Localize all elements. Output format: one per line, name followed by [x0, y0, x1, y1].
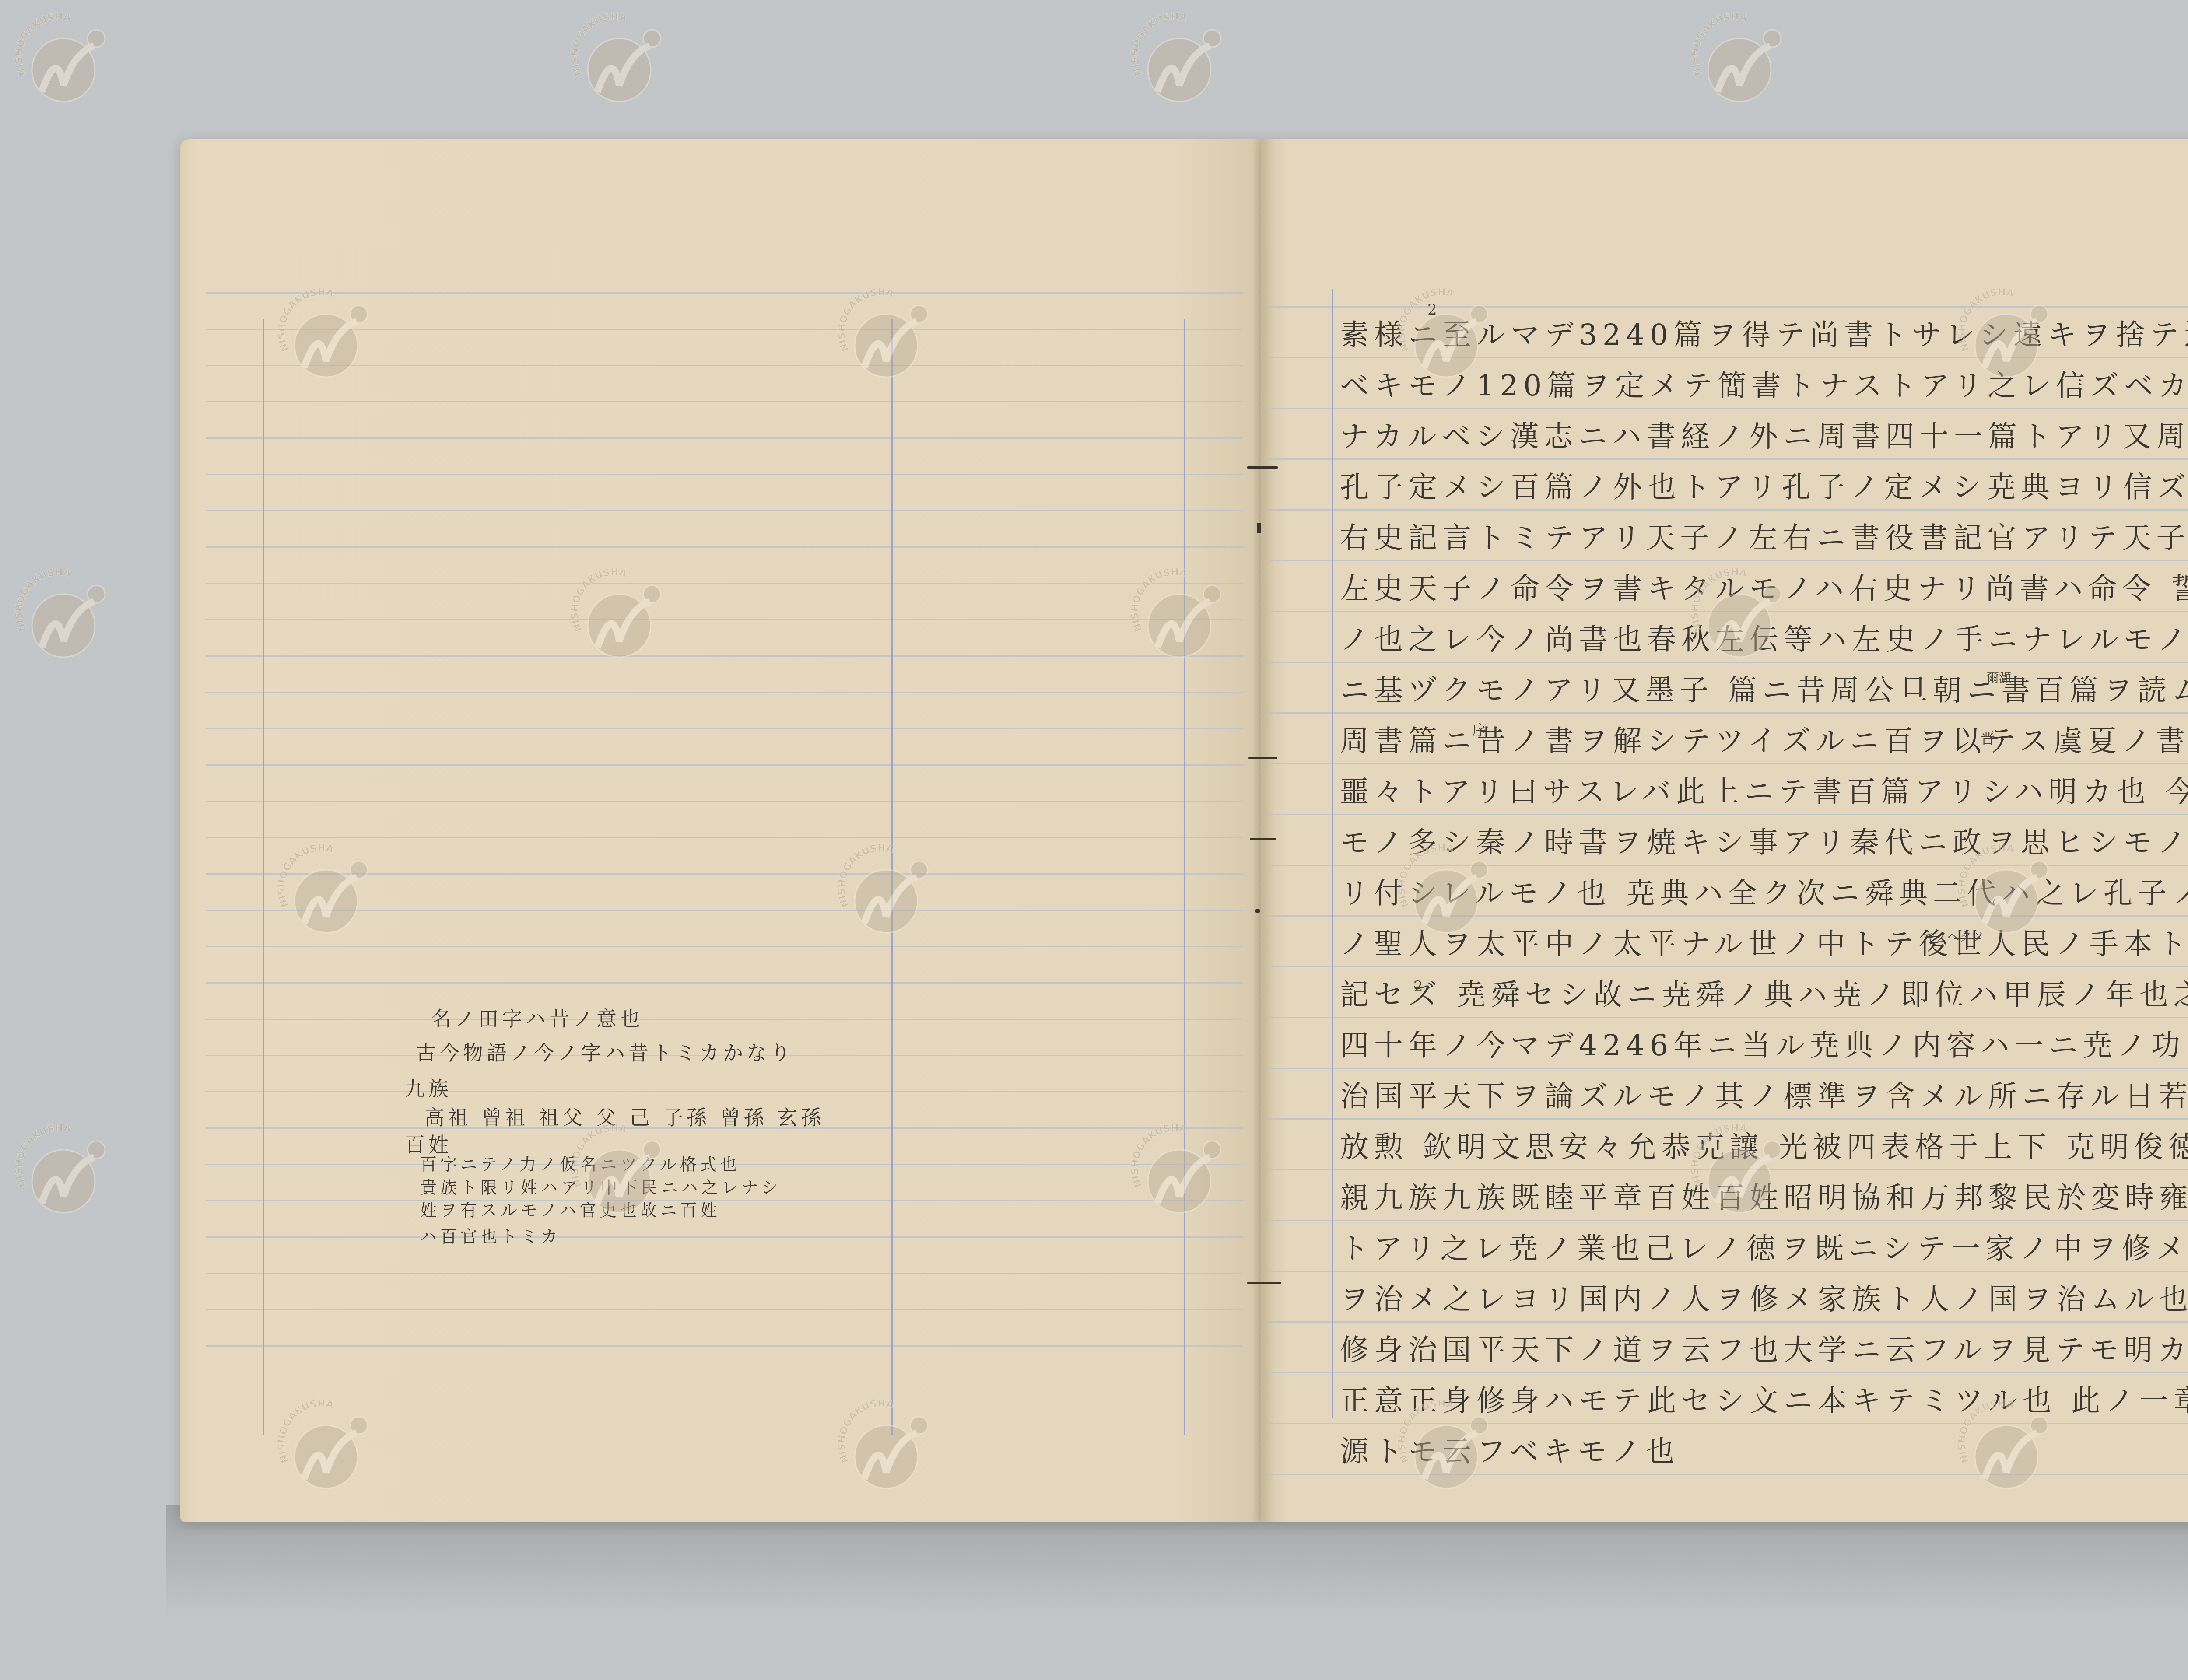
- nishogakusha-watermark-icon: NISHOGAKUSHA: [565, 9, 670, 114]
- ruled-line: [206, 510, 1243, 511]
- ruled-line: [206, 801, 1243, 802]
- nishogakusha-watermark-icon: NISHOGAKUSHA: [831, 840, 936, 945]
- handwritten-line: 古今物語ノ今ノ字ハ昔トミカかなり: [416, 1037, 794, 1066]
- ruled-line: [206, 401, 1243, 402]
- handwritten-line: ハ百官也トミカ: [420, 1223, 561, 1247]
- nishogakusha-watermark-icon: NISHOGAKUSHA: [1685, 1120, 1790, 1225]
- ruled-line: [1269, 712, 2188, 714]
- nishogakusha-watermark-icon: NISHOGAKUSHA: [271, 840, 376, 945]
- ruled-line: [1269, 1118, 2188, 1120]
- ruled-line: [1269, 509, 2188, 511]
- ruled-line: [206, 583, 1243, 584]
- ruled-line: [1269, 1067, 2188, 1069]
- margin-mark: [1247, 466, 1278, 469]
- nishogakusha-watermark-icon: NISHOGAKUSHA: [831, 1396, 936, 1501]
- ruled-line: [206, 1236, 1243, 1238]
- handwritten-line: 源トモ云フベキモノ也: [1340, 1428, 1680, 1470]
- handwritten-line: トアリ之レ尭ノ業也己レノ徳ヲ既ニシテ一家ノ中ヲ修メ今ノ家族制度也之レヨリ官人: [1340, 1225, 2188, 1267]
- nishogakusha-watermark-icon: NISHOGAKUSHA: [1952, 840, 2057, 945]
- handwritten-line: ニ基ヅクモノアリ又墨子 篇ニ昔周公旦朝ニ書百篇ヲ読ムトアリ又孫子方言ノ: [1340, 667, 2188, 708]
- nishogakusha-watermark-icon: NISHOGAKUSHA: [831, 284, 936, 389]
- nishogakusha-watermark-icon: NISHOGAKUSHA: [9, 1120, 114, 1225]
- ruled-line: [206, 1200, 1243, 1201]
- ruled-line: [206, 546, 1243, 548]
- margin-mark: [1255, 909, 1260, 913]
- ruled-line: [206, 728, 1243, 729]
- book-gutter: [1252, 139, 1274, 1522]
- handwritten-line: ヲ治メ之レヨリ国内ノ人ヲ修メ家族ト人ノ国ヲ治ムル也 之レ後世ノ学者ノ誉リ: [1340, 1276, 2188, 1317]
- margin-mark: [1250, 838, 1276, 840]
- ruled-line: [206, 1345, 1243, 1347]
- interlinear-note: 爾灝: [1987, 668, 2011, 686]
- nishogakusha-watermark-icon: NISHOGAKUSHA: [9, 564, 114, 669]
- nishogakusha-watermark-icon: NISHOGAKUSHA: [1952, 1396, 2057, 1501]
- ruled-line: [206, 1273, 1243, 1274]
- nishogakusha-watermark-icon: NISHOGAKUSHA: [1125, 1120, 1230, 1225]
- ruled-line: [206, 764, 1243, 766]
- nishogakusha-watermark-icon: NISHOGAKUSHA: [1392, 840, 1497, 945]
- handwritten-line: 名ノ田字ハ昔ノ意也: [431, 1003, 644, 1032]
- left-page-margin-line: [263, 319, 264, 1435]
- ruled-line: [1269, 966, 2188, 967]
- handwritten-line: 周書篇ニ昔ノ書ヲ解シテツイズルニ百ヲ以テス虞夏ノ書ハ渾々爾灝々周書ハ: [1340, 717, 2188, 759]
- nishogakusha-watermark-icon: NISHOGAKUSHA: [565, 1120, 670, 1225]
- ruled-line: [1269, 560, 2188, 561]
- ruled-line: [1269, 1372, 2188, 1373]
- nishogakusha-watermark-icon: NISHOGAKUSHA: [565, 564, 670, 669]
- ruled-line: [206, 837, 1243, 838]
- interlinear-note: 2: [1413, 978, 1423, 995]
- handwritten-line: 孔子定メシ百篇ノ外也トアリ孔子ノ定メシ尭典ヨリ信ズベキモノ也 又昔ハ左史記事: [1340, 464, 2188, 505]
- handwritten-line: 右史記言トミテアリ天子ノ左右ニ書役書記官アリテ天子ノ行状ヲ書キタルハ: [1340, 514, 2188, 556]
- nishogakusha-watermark-icon: NISHOGAKUSHA: [9, 9, 114, 114]
- ruled-line: [206, 474, 1243, 475]
- nishogakusha-watermark-icon: NISHOGAKUSHA: [1125, 564, 1230, 669]
- ruled-line: [206, 1018, 1243, 1020]
- ruled-line: [206, 946, 1243, 947]
- margin-mark: [1248, 757, 1277, 759]
- handwritten-line: 噩々トアリ曰サスレバ此上ニテ書百篇アリシハ明カ也 今ノ書経ハ秦代ニ偽作セシ: [1340, 768, 2188, 810]
- handwritten-line: 修身治国平天下ノ道ヲ云フ也大学ニ云フルヲ見テモ明カ也 格物致知: [1340, 1326, 2188, 1368]
- ruled-line: [1269, 763, 2188, 764]
- ruled-line: [206, 1091, 1243, 1092]
- ruled-line: [1269, 458, 2188, 460]
- nishogakusha-watermark-icon: NISHOGAKUSHA: [1392, 1396, 1497, 1501]
- nishogakusha-watermark-icon: NISHOGAKUSHA: [1125, 9, 1230, 114]
- ruled-line: [1269, 814, 2188, 815]
- nishogakusha-watermark-icon: NISHOGAKUSHA: [1392, 284, 1497, 389]
- nishogakusha-watermark-icon: NISHOGAKUSHA: [1685, 9, 1790, 114]
- ruled-line: [206, 1309, 1243, 1310]
- ruled-line: [206, 982, 1243, 983]
- handwritten-line: 四十年ノ今マデ4246年ニ当ル尭典ノ内容ハ一ニ尭ノ功ヲ述ブ後世道徳: [1340, 1022, 2188, 1064]
- ruled-line: [206, 692, 1243, 693]
- nishogakusha-watermark-icon: NISHOGAKUSHA: [271, 1396, 376, 1501]
- ruled-line: [206, 655, 1243, 657]
- right-page-margin-line: [1332, 289, 1333, 1417]
- handwritten-heading: 九族: [405, 1073, 452, 1102]
- left-page-right-line: [1184, 319, 1185, 1435]
- ruled-line: [1269, 408, 2188, 409]
- interlinear-note: 晋: [1980, 726, 1995, 748]
- handwritten-line: 治国平天下ヲ論ズルモノ其ノ標準ヲ含メル所ニ存ル日若稽古帝尭日: [1340, 1073, 2188, 1114]
- handwritten-line: 記セズ 堯舜セシ故ニ尭舜ノ典ハ尭ノ即位ハ甲辰ノ年也之レハ明治: [1340, 971, 2188, 1013]
- ruled-line: [1269, 1321, 2188, 1323]
- ruled-line: [1269, 1270, 2188, 1272]
- nishogakusha-watermark-icon: NISHOGAKUSHA: [1952, 284, 2057, 389]
- handwritten-line: ナカルベシ漢志ニハ書経ノ外ニ周書四十一篇トアリ又周代ノ布告ヲ集メシモノニテ: [1340, 413, 2188, 455]
- table-shadow: [166, 1505, 2188, 1619]
- ruled-line: [1269, 1017, 2188, 1018]
- nishogakusha-watermark-icon: NISHOGAKUSHA: [1685, 564, 1790, 669]
- margin-mark: [1247, 1282, 1281, 1284]
- interlinear-note: 序: [1472, 718, 1487, 740]
- nishogakusha-watermark-icon: NISHOGAKUSHA: [271, 284, 376, 389]
- margin-mark: [1257, 523, 1261, 533]
- ruled-line: [206, 619, 1243, 620]
- ruled-line: [206, 437, 1243, 439]
